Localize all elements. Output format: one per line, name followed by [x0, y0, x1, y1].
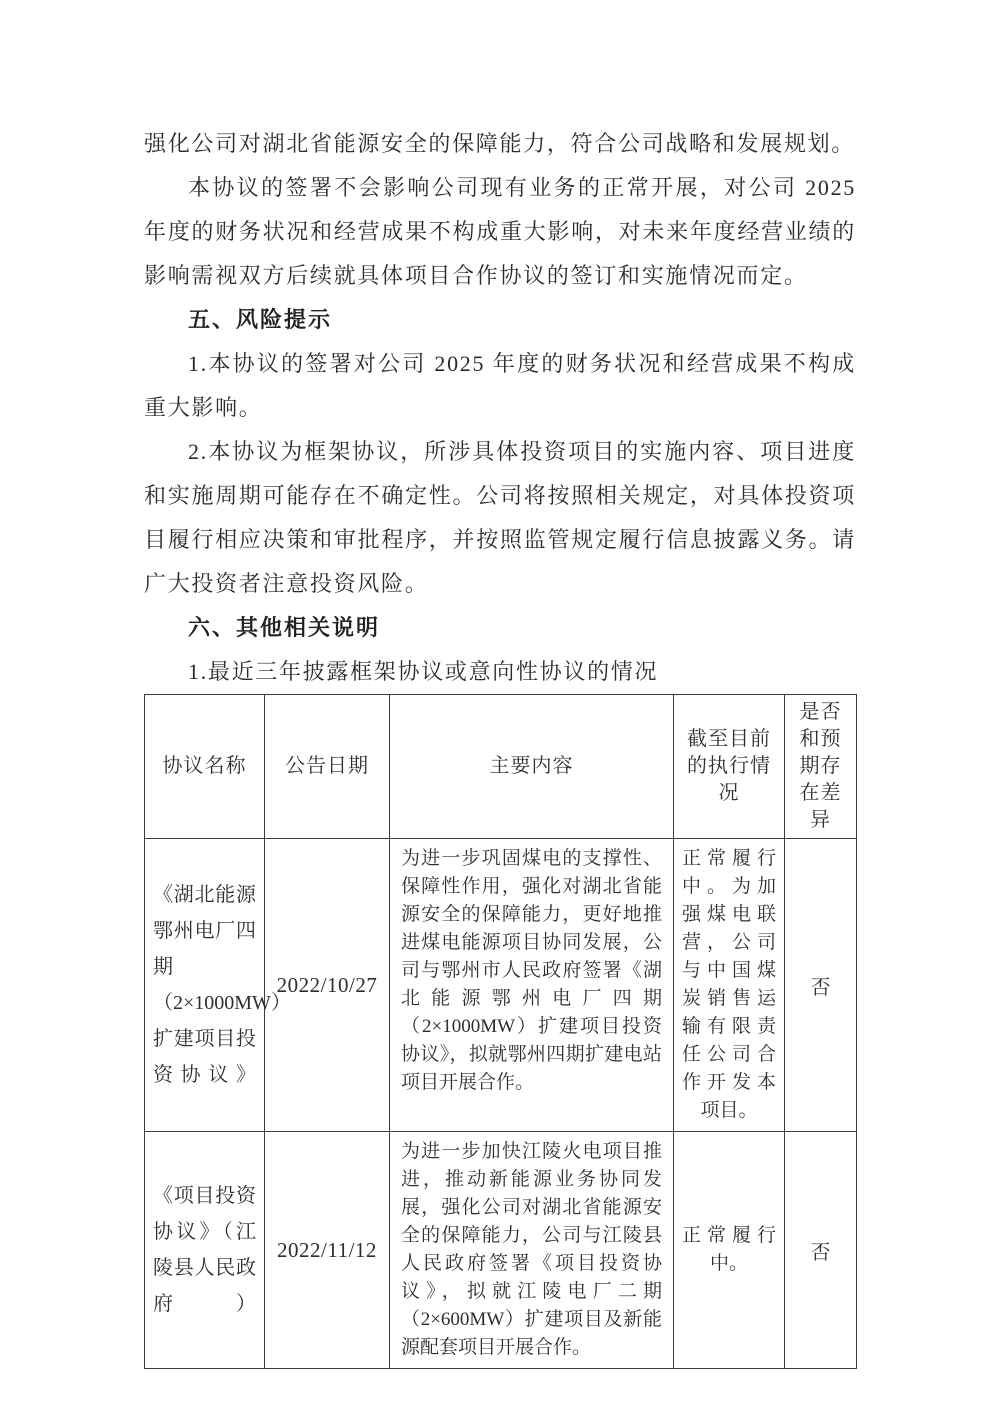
risk-item-1: 1.本协议的签署对公司 2025 年度的财务状况和经营成果不构成重大影响。: [144, 342, 856, 430]
cell-announce-date: 2022/11/12: [265, 1132, 390, 1369]
paragraph-no-impact: 本协议的签署不会影响公司现有业务的正常开展，对公司 2025 年度的财务状况和经…: [144, 166, 856, 298]
section-heading-other: 六、其他相关说明: [144, 606, 856, 650]
agreements-table: 协议名称 公告日期 主要内容 截至目前的执行情况 是否和预期存在差异 《湖北能源…: [144, 694, 857, 1369]
cell-execution-status: 正常履行中。为加强煤电联营，公司与中国煤炭销售运输有限责任公司合作开发本项目。: [674, 839, 785, 1132]
col-header-main-content: 主要内容: [390, 695, 674, 839]
cell-agreement-name: 《项目投资协议》（江陵县人民政府）: [145, 1132, 265, 1369]
table-header-row: 协议名称 公告日期 主要内容 截至目前的执行情况 是否和预期存在差异: [145, 695, 857, 839]
cell-announce-date: 2022/10/27: [265, 839, 390, 1132]
cell-difference: 否: [785, 839, 857, 1132]
cell-difference: 否: [785, 1132, 857, 1369]
col-header-agreement-name: 协议名称: [145, 695, 265, 839]
section-heading-risk: 五、风险提示: [144, 298, 856, 342]
document-page: 强化公司对湖北省能源安全的保障能力，符合公司战略和发展规划。 本协议的签署不会影…: [0, 0, 1000, 1414]
cell-execution-status: 正常履行中。: [674, 1132, 785, 1369]
document-content: 强化公司对湖北省能源安全的保障能力，符合公司战略和发展规划。 本协议的签署不会影…: [144, 122, 856, 1369]
risk-item-2: 2.本协议为框架协议，所涉具体投资项目的实施内容、项目进度和实施周期可能存在不确…: [144, 430, 856, 606]
cell-main-content: 为进一步加快江陵火电项目推进，推动新能源业务协同发展，强化公司对湖北省能源安全的…: [390, 1132, 674, 1369]
cell-main-content: 为进一步巩固煤电的支撑性、保障性作用，强化对湖北省能源安全的保障能力，更好地推进…: [390, 839, 674, 1132]
col-header-execution-status: 截至目前的执行情况: [674, 695, 785, 839]
paragraph-continuation: 强化公司对湖北省能源安全的保障能力，符合公司战略和发展规划。: [144, 122, 856, 166]
cell-agreement-name: 《湖北能源鄂州电厂四期（2×1000MW）扩建项目投资协议》: [145, 839, 265, 1132]
table-row-ezhou-agreement: 《湖北能源鄂州电厂四期（2×1000MW）扩建项目投资协议》 2022/10/2…: [145, 839, 857, 1132]
col-header-difference: 是否和预期存在差异: [785, 695, 857, 839]
col-header-announce-date: 公告日期: [265, 695, 390, 839]
table-caption: 1.最近三年披露框架协议或意向性协议的情况: [144, 650, 856, 694]
table-row-jiangling-agreement: 《项目投资协议》（江陵县人民政府） 2022/11/12 为进一步加快江陵火电项…: [145, 1132, 857, 1369]
